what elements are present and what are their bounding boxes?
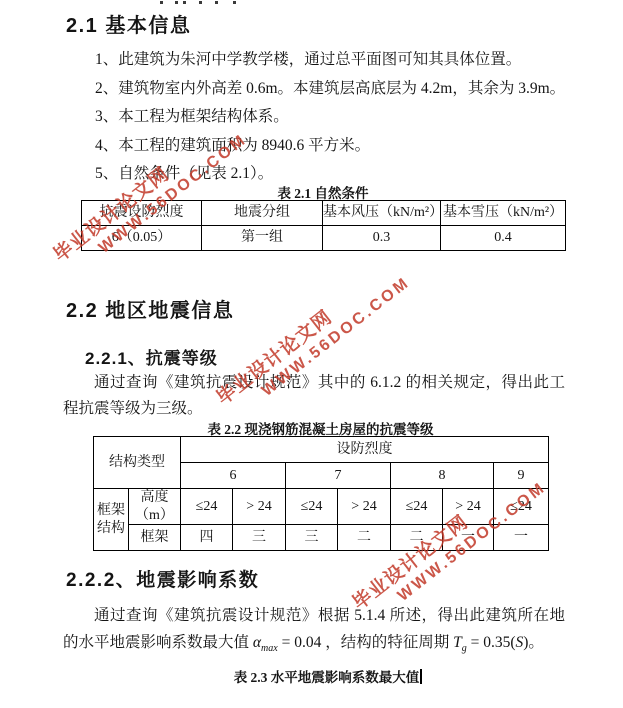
cell-grade-8b[interactable]: 一 <box>443 525 494 551</box>
table-row: 抗震设防烈度 地震分组 基本风压（kN/m²） 基本雪压（kN/m²） <box>82 201 566 226</box>
cell-height-7b[interactable]: > 24 <box>338 489 391 525</box>
cell-height-8b[interactable]: > 24 <box>443 489 494 525</box>
cell-frame-structure-group[interactable]: 框架结构 <box>94 489 129 551</box>
section-title-2-1[interactable]: 2.1 基本信息 <box>66 9 191 38</box>
math-t-close: )。 <box>523 634 544 651</box>
cell-height-label[interactable]: 高度（m） <box>129 489 181 525</box>
table-natural-conditions: 抗震设防烈度 地震分组 基本风压（kN/m²） 基本雪压（kN/m²） 6（0.… <box>81 200 566 251</box>
text-cursor-caret <box>420 669 422 684</box>
section-title-2-2-1[interactable]: 2.2.1、抗震等级 <box>85 344 218 369</box>
cell-grade-6b[interactable]: 三 <box>233 525 286 551</box>
cell-frame-label[interactable]: 框架 <box>129 525 181 551</box>
cell-grade-7a[interactable]: 三 <box>286 525 338 551</box>
table-row: 框架结构 高度（m） ≤24 > 24 ≤24 > 24 ≤24 > 24 ≤2… <box>94 489 549 525</box>
cell-degree-7[interactable]: 7 <box>286 463 391 489</box>
table-seismic-grades: 结构类型 设防烈度 6 7 8 9 框架结构 高度（m） ≤24 > 24 ≤2… <box>93 436 549 551</box>
list-item-3[interactable]: 3、本工程为框架结构体系。 <box>63 103 565 132</box>
math-alpha-subscript: max <box>261 643 278 654</box>
value-wind-pressure[interactable]: 0.3 <box>323 226 441 251</box>
list-item-4[interactable]: 4、本工程的建筑面积为 8940.6 平方米。 <box>63 132 565 161</box>
cell-grade-7b[interactable]: 二 <box>338 525 391 551</box>
header-snow-pressure[interactable]: 基本雪压（kN/m²） <box>441 201 566 226</box>
value-seismic-group[interactable]: 第一组 <box>202 226 323 251</box>
value-snow-pressure[interactable]: 0.4 <box>441 226 566 251</box>
section-title-2-2[interactable]: 2.2 地区地震信息 <box>66 294 234 323</box>
header-seismic-intensity[interactable]: 抗震设防烈度 <box>82 201 202 226</box>
table-2-1-caption[interactable]: 表 2.1 自然条件 <box>81 182 565 202</box>
cell-fortification-intensity[interactable]: 设防烈度 <box>181 437 549 463</box>
para-text-middle: ，结构的特征周期 <box>325 634 449 651</box>
cell-degree-9[interactable]: 9 <box>494 463 549 489</box>
table-row: 框架 四 三 三 二 二 一 一 <box>94 525 549 551</box>
math-t-variable: T <box>453 634 462 651</box>
section-title-2-2-2[interactable]: 2.2.2、地震影响系数 <box>66 565 259 592</box>
table-2-2-caption[interactable]: 表 2.2 现浇钢筋混凝土房屋的抗震等级 <box>93 418 548 438</box>
value-seismic-intensity[interactable]: 6（0.05） <box>82 226 202 251</box>
cell-height-7a[interactable]: ≤24 <box>286 489 338 525</box>
document-page[interactable]: 2.1 基本信息 1、此建筑为朱河中学教学楼，通过总平面图可知其具体位置。 2、… <box>0 0 623 708</box>
cell-height-6a[interactable]: ≤24 <box>181 489 233 525</box>
header-wind-pressure[interactable]: 基本风压（kN/m²） <box>323 201 441 226</box>
list-item-2[interactable]: 2、建筑物室内外高差 0.6m。本建筑层高底层为 4.2m，其余为 3.9m。 <box>63 75 565 104</box>
list-item-1[interactable]: 1、此建筑为朱河中学教学楼，通过总平面图可知其具体位置。 <box>63 46 565 75</box>
paragraph-seismic-grade[interactable]: 通过查询《建筑抗震设计规范》其中的 6.1.2 的相关规定，得出此工程抗震等级为… <box>63 370 565 422</box>
cell-grade-6a[interactable]: 四 <box>181 525 233 551</box>
cell-grade-9[interactable]: 一 <box>494 525 549 551</box>
table-2-3-caption-text: 表 2.3 水平地震影响系数最大值 <box>234 670 420 685</box>
cell-height-8a[interactable]: ≤24 <box>391 489 443 525</box>
math-alpha-variable: α <box>253 634 261 651</box>
cell-degree-6[interactable]: 6 <box>181 463 286 489</box>
table-row: 6（0.05） 第一组 0.3 0.4 <box>82 226 566 251</box>
table-2-3-caption[interactable]: 表 2.3 水平地震影响系数最大值 <box>63 666 593 686</box>
table-row: 结构类型 设防烈度 <box>94 437 549 463</box>
cell-grade-8a[interactable]: 二 <box>391 525 443 551</box>
cell-structure-type[interactable]: 结构类型 <box>94 437 181 489</box>
math-alpha-value: = 0.04 <box>278 634 322 651</box>
math-t-value: = 0.35( <box>467 634 516 651</box>
basic-info-list: 1、此建筑为朱河中学教学楼，通过总平面图可知其具体位置。 2、建筑物室内外高差 … <box>63 46 565 189</box>
paragraph-seismic-coefficient[interactable]: 通过查询《建筑抗震设计规范》根据 5.1.4 所述，得出此建筑所在地的水平地震影… <box>63 602 565 662</box>
cell-degree-8[interactable]: 8 <box>391 463 494 489</box>
cell-height-9[interactable]: ≤24 <box>494 489 549 525</box>
header-seismic-group[interactable]: 地震分组 <box>202 201 323 226</box>
cell-height-6b[interactable]: > 24 <box>233 489 286 525</box>
